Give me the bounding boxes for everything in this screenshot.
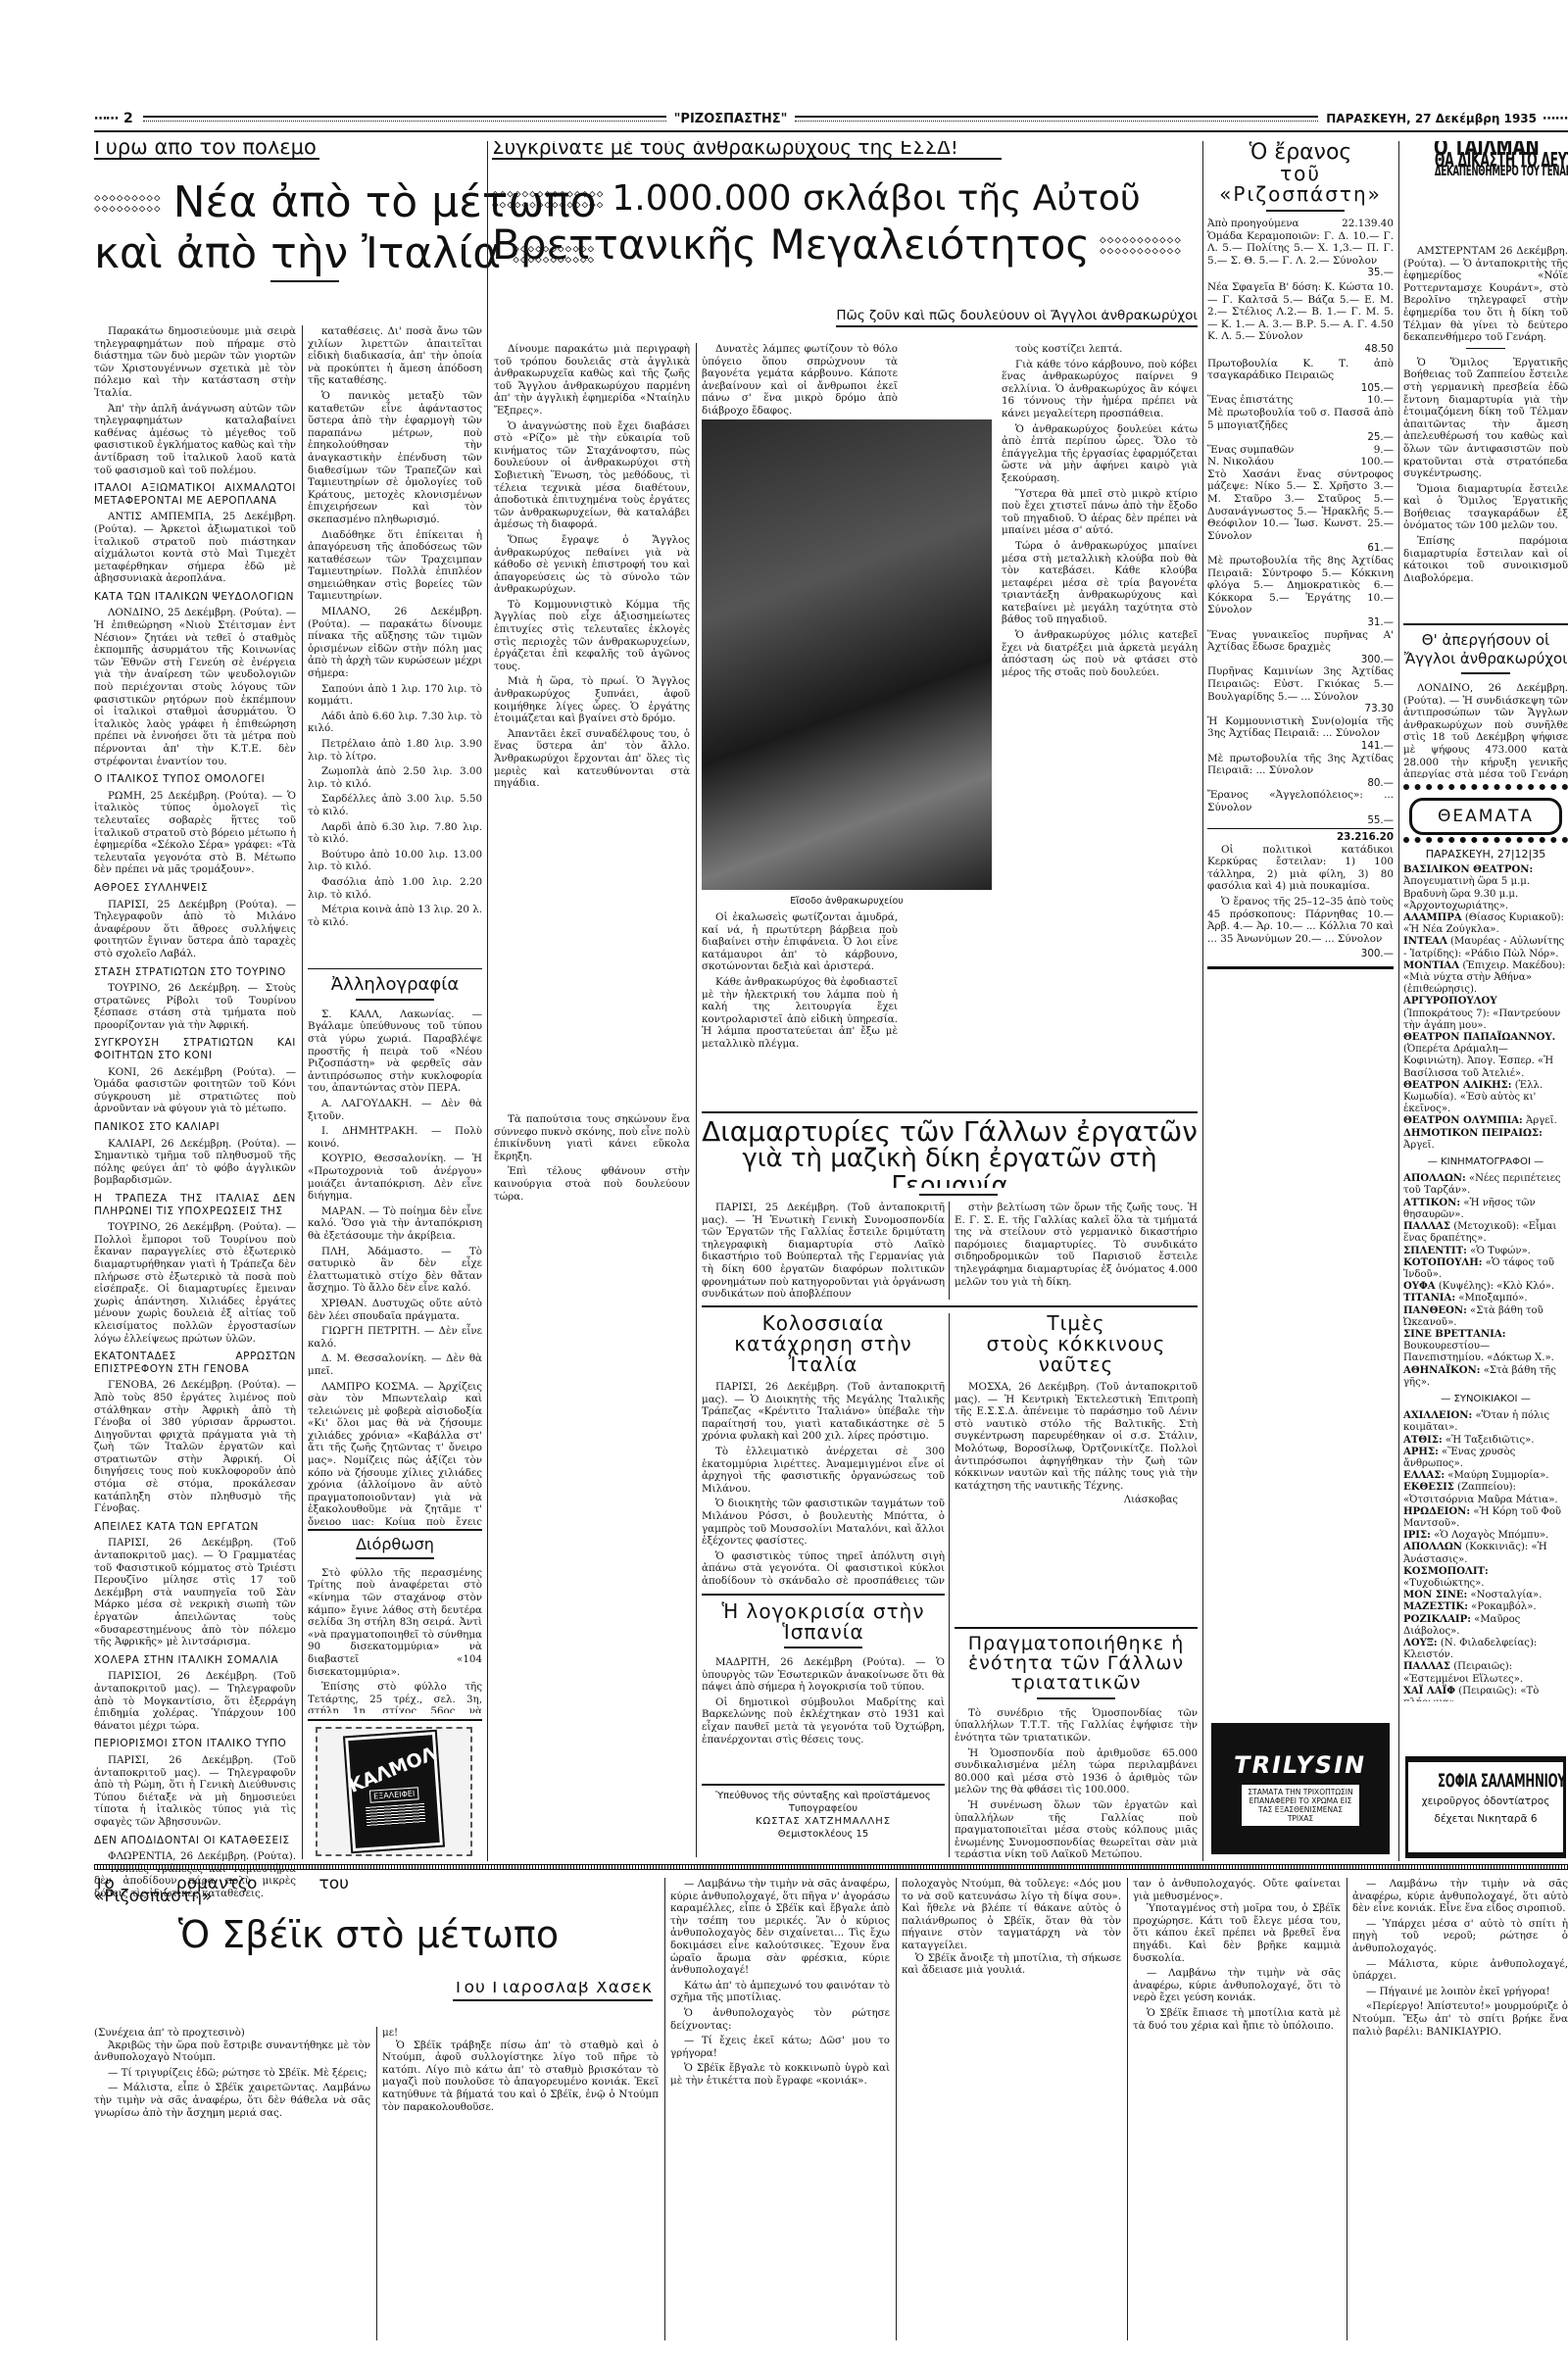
correspondence: Ἀλληλογραφία Σ. ΚΑΛΛ, Λακωνίας. — Βγάλαμ…: [308, 976, 482, 1525]
italy-embezzlement: Κολοσσιαία κατάχρηση στὴν Ἰταλία ΠΑΡΙΣΙ,…: [702, 1313, 945, 1588]
rule: [1466, 348, 1505, 349]
rule: [356, 999, 434, 1001]
item-head: ΕΚΑΤΟΝΤΑΔΕΣ ΑΡΡΩΣΤΩΝ ΕΠΙΣΤΡΕΦΟΥΝ ΣΤΗ ΓΕΝ…: [94, 1351, 296, 1375]
novel-column-2: με! Ὁ Σβέϊκ τράβηξε πίσω ἀπ' τὸ σταθμὸ κ…: [382, 2027, 659, 2340]
dentist-profession: χειροῦργος ὀδοντίατρος: [1408, 1795, 1563, 1807]
fund-entries: Ἀπὸ προηγούμενα22.139.40 Ὁμάδα Κεραμοποι…: [1207, 218, 1394, 1864]
dots-right: ⋯⋯: [1543, 112, 1568, 126]
fund-amount: 61.—: [1207, 542, 1394, 555]
rule: [356, 1557, 434, 1559]
rule: [1461, 672, 1510, 674]
section-rule: [702, 1305, 1198, 1307]
listing: ΣΙΝΕ ΒΡΕΤΤΑΝΙΑ: Βουκουρεστίου—Πανεπιστημ…: [1403, 1329, 1568, 1365]
fund-entry: Ὁμάδα Κεραμοποιῶν: Γ. Δ. 10.— Γ. Λ. 5.— …: [1207, 230, 1394, 268]
uk-strike: Θ' ἀπεργήσουν οἱ Ἄγγλοι ἀνθρακωρύχοι ΛΟΝ…: [1403, 631, 1568, 778]
novel-title: Ὁ Σβέϊκ στὸ μέτωπο: [94, 1916, 643, 1975]
column-divider: [896, 1878, 897, 2340]
cinemas-title: — ΚΙΝΗΜΑΤΟΓΡΑΦΟΙ —: [1403, 1156, 1568, 1168]
item-head: ΠΑΝΙΚΟΣ ΣΤΟ ΚΑΛΙΑΡΙ: [94, 1121, 296, 1134]
signature: Λιάσκοβας: [955, 1495, 1198, 1507]
column-divider: [1202, 141, 1203, 1861]
column-divider: [487, 141, 488, 1861]
fund-entry: Ἕνας γυναικεῖος πυρῆνας Α' Ἀχτίδας ἔδωσε…: [1207, 629, 1394, 654]
column-divider: [302, 325, 303, 1859]
listing: ΑΧΙΛΛΕΙΟΝ: «Ὅταν ἡ πόλις κοιμᾶται».: [1403, 1410, 1568, 1434]
fund-title: Ὁ ἔρανος τοῦ «Ριζοσπάστη»: [1207, 141, 1394, 210]
editor-name: ΚΩΣΤΑΣ ΧΑΤΖΗΜΑΛΛΗΣ: [702, 1815, 945, 1828]
column-divider: [1127, 1878, 1128, 2340]
listing: ΑΠΟΛΛΩΝ (Κοκκινιᾶς): «Ἡ Ἀνάστασις».: [1403, 1542, 1568, 1565]
listing: ΜΟΝ ΣΙΝΕ: «Νοσταλγία».: [1403, 1590, 1568, 1601]
listing: ΡΟΖΙΚΛΑΙΡ: «Μαῦρος Διάβολος».: [1403, 1614, 1568, 1638]
item-head: ΑΠΕΙΛΕΣ ΚΑΤΑ ΤΩΝ ΕΡΓΑΤΩΝ: [94, 1521, 296, 1534]
item-head: ΧΟΛΕΡΑ ΣΤΗΝ ΙΤΑΛΙΚΗ ΣΟΜΑΛΙΑ: [94, 1654, 296, 1667]
kalmol-fine-print: [366, 1802, 425, 1826]
french-protest-headline: Διαμαρτυρίες τῶν Γάλλων ἐργατῶν γιὰ τὴ μ…: [702, 1117, 1198, 1188]
item-head: Η ΤΡΑΠΕΖΑ ΤΗΣ ΙΤΑΛΙΑΣ ΔΕΝ ΠΛΗΡΩΝΕΙ ΤΙΣ Υ…: [94, 1193, 296, 1217]
fund-amount: 35.—: [1207, 267, 1394, 279]
fund-end-rule: [1207, 966, 1394, 969]
listing: ΤΙΤΑΝΙΑ: «Μποξαμπό».: [1403, 1293, 1568, 1304]
coal-column-2-lower: Οἱ ἐκαλωσεὶς φωτίζονται ἀμυδρά, καί νά, …: [702, 911, 898, 1107]
listing: ΕΛΛΑΣ: «Μαύρη Συμμορία».: [1403, 1470, 1568, 1482]
coal-column-3: τοὺς κοστίζει λεπτά. Γιὰ κάθε τόνο κάρβο…: [1002, 343, 1198, 1107]
section-divider-dotted: [94, 1864, 1568, 1870]
correction-title: Διόρθωση: [308, 1537, 482, 1553]
coal-kicker: Συγκρίνατε μὲ τοὺς ἀνθρακωρύχους τῆς ΕΣΣ…: [492, 141, 1002, 174]
column-divider: [949, 1313, 950, 1857]
listing: ΠΑΝΘΕΟΝ: «Στὰ βάθη τοῦ Ὠκεανοῦ».: [1403, 1305, 1568, 1329]
fund-amount: 141.—: [1207, 740, 1394, 753]
mine-entrance-photo: [702, 419, 992, 890]
fund-entry: Ν. Νικολάου100.—: [1207, 456, 1394, 468]
fund-entry: Ἀπὸ προηγούμενα22.139.40: [1207, 218, 1394, 230]
listing: ΟΥΦΑ (Κυψέλης): «Κλὸ Κλό».: [1403, 1281, 1568, 1293]
correction: Διόρθωση Στὸ φύλλο τῆς περασμένης Τρίτης…: [308, 1537, 482, 1713]
theatres-listings: ΠΑΡΑΣΚΕΥΗ, 27|12|35 ΒΑΣΙΛΙΚΟΝ ΘΕΑΤΡΟΝ: Ἀ…: [1403, 849, 1568, 1701]
fund-amount: 25.—: [1207, 431, 1394, 444]
paper-name: "ΡΙΖΟΣΠΑΣΤΗΣ": [674, 112, 788, 126]
listing: ΛΟΥΞ: (Ν. Φιλαδελφείας): Κλειστόν.: [1403, 1638, 1568, 1661]
listing: ΣΠΛΕΝΤΙΤ: «Ὁ Τυφών».: [1403, 1246, 1568, 1257]
section-rule: [702, 1594, 945, 1596]
masthead-rule: [795, 116, 1318, 122]
item-head: ΣΤΑΣΗ ΣΤΡΑΤΙΩΤΩΝ ΣΤΟ ΤΟΥΡΙΝΟ: [94, 966, 296, 979]
coal-headline: ◇◇◇◇◇◇◇◇◇◇◇◇◇◇◇◇◇◇◇◇◇◇◇◇◇◇◇◇◇◇ 1.000.000…: [492, 180, 1198, 306]
novel-kicker: Τὸ ρομάντζο τοῦ «Ριζοσπάστη»: [94, 1878, 584, 1905]
fund-entry: Ἕνας ἐπιστάτης10.—: [1207, 394, 1394, 407]
editor-imprint: Ὑπεύθυνος τῆς σύνταξης καὶ προϊστάμενος …: [702, 1790, 945, 1856]
red-sailors: Τιμὲς στοὺς κόκκινους ναῦτες ΜΟΣΧΑ, 26 Δ…: [955, 1313, 1198, 1598]
fund-entry: Οἱ πολιτικοὶ κατάδικοι Κερκύρας ἔστειλαν…: [1207, 844, 1394, 893]
listing: ΔΗΜΟΤΙΚΟΝ ΠΕΙΡΑΙΩΣ: Ἀργεῖ.: [1403, 1128, 1568, 1152]
item-head: ΚΑΤΑ ΤΩΝ ΙΤΑΛΙΚΩΝ ΨΕΥΔΟΛΟΓΙΩΝ: [94, 591, 296, 604]
item-head: ΑΘΡΟΕΣ ΣΥΛΛΗΨΕΙΣ: [94, 882, 296, 895]
coal-column-1: Δίνουμε παρακάτω μιὰ περιγραφὴ τοῦ τρόπο…: [494, 343, 690, 1107]
section-rule: [702, 1784, 945, 1786]
ornament-dots: ◇◇◇◇◇◇◇◇◇◇◇◇◇◇◇◇◇◇◇◇◇◇◇◇◇◇◇◇◇◇: [492, 188, 604, 210]
trilysin-ad: TRILYSIN ΣΤΑΜΑΤΑ ΤΗΝ ΤΡΙΧΟΠΤΩΣΙΝ ΕΠΑΝΑΦΕ…: [1211, 1723, 1390, 1854]
section-rule: [955, 1627, 1198, 1629]
total-rule: [1207, 828, 1394, 829]
fund-entry: Πρωτοβουλία Κ. Τ. ἀπὸ τσαγκαράδικο Πειρα…: [1207, 358, 1394, 382]
fund-amount: 300.—: [1207, 654, 1394, 666]
fund-entry: Πυρῆνας Καμινίων 3ης Ἀχτίδας Πειραιῶς: Ε…: [1207, 665, 1394, 703]
theatres-date: ΠΑΡΑΣΚΕΥΗ, 27|12|35: [1403, 849, 1568, 860]
listing: ΑΤΘΙΣ: «Ἡ Ταξειδιῶτις».: [1403, 1435, 1568, 1447]
thaelmann-body: ΑΜΣΤΕΡΝΤΑΜ 26 Δεκέμβρη. (Ρούτα). — Ὁ ἀντ…: [1403, 245, 1568, 617]
theatres-box: ΘΕΑΜΑΤΑ: [1403, 784, 1568, 843]
column-divider: [376, 2027, 377, 2340]
listing: ΠΑΛΛΑΣ (Πειραιῶς): «Ἐστεμμένοι Εἵλωτες».: [1403, 1661, 1568, 1685]
listing: ΕΚΘΕΣΙΣ (Ζαππείου): «Ὀτσιτσόρνια Μαῦρα Μ…: [1403, 1482, 1568, 1505]
kalmol-package: ΚΑΛΜΟΛ ΕΞΑΛΕΙΦΕΙ: [345, 1732, 443, 1851]
rule: [919, 1194, 998, 1196]
coal-column-2: Δυνατὲς λάμπες φωτίζουν τὸ θόλο ὑπόγειο …: [702, 343, 898, 416]
novel-column-5: ταν ὁ ἀνθυπολοχαγός. Οὔτε φαίνεται γιὰ μ…: [1133, 1878, 1341, 2340]
kalmol-tagline: ΕΞΑΛΕΙΦΕΙ: [369, 1787, 419, 1802]
fund-entry: Ἔρανος «Ἀγγελοπόλειος»: ... Σύνολον: [1207, 789, 1394, 813]
column-divider: [1347, 1878, 1347, 2340]
photo-caption: Εἴσοδο ἀνθρακωρυχείου: [702, 892, 992, 907]
listing: ΚΟΤΟΠΟΥΛΗ: «Ὁ τάφος τοῦ Ἰνδοῦ».: [1403, 1257, 1568, 1281]
column-divider: [949, 1202, 950, 1300]
rule: [784, 1647, 862, 1648]
editor-address: Θεμιστοκλέους 15: [702, 1828, 945, 1841]
fund-entry: Μὲ πρωτοβουλία τῆς 8ης Ἀχτίδας Πειραιᾶ: …: [1207, 555, 1394, 616]
coal-subhead: Πῶς ζοῦν καὶ πῶς δουλεύουν οἱ Ἄγγλοι ἀνθ…: [819, 310, 1198, 333]
fund-amount: 300.—: [1207, 948, 1394, 960]
suburban-title: — ΣΥΝΟΙΚΙΑΚΟΙ —: [1403, 1394, 1568, 1405]
listing: ΑΛΑΜΠΡΑ (Θίασος Κυριακοῦ): «Ἡ Νέα Ζούγκλ…: [1403, 912, 1568, 936]
dots-left: ⋯⋯: [94, 112, 118, 126]
listing: ΘΕΑΤΡΟΝ ΑΛΙΚΗΣ: (Ἑλλ. Κωμωδία). «Ἐσὺ αὐτ…: [1403, 1080, 1568, 1116]
french-protest-col1: ΠΑΡΙΣΙ, 25 Δεκέμβρη. (Τοῦ ἀνταποκριτῆ μα…: [702, 1202, 945, 1300]
dentist-ad: ΣΟΦΙΑ ΣΑΛΑΜΗΝΙΟΥ χειροῦργος ὀδοντίατρος …: [1405, 1756, 1566, 1858]
item-head: ΣΥΓΚΡΟΥΣΗ ΣΤΡΑΤΙΩΤΩΝ ΚΑΙ ΦΟΙΤΗΤΩΝ ΣΤΟ ΚΟ…: [94, 1037, 296, 1061]
issue-date: ΠΑΡΑΣΚΕΥΗ, 27 Δεκέμβρη 1935: [1326, 112, 1537, 125]
ornament-dots: ◇◇◇◇◇◇◇◇◇◇◇◇◇◇◇◇◇◇: [94, 192, 162, 214]
war-headline-line2: καὶ ἀπὸ τὴν Ἰταλία: [94, 231, 501, 276]
listing: ΑΤΤΙΚΟΝ: «Ἡ νῆσος τῶν θησαυρῶν».: [1403, 1198, 1568, 1221]
section-rule: [308, 968, 482, 969]
listing: ΘΕΑΤΡΟΝ ΠΑΠΑΪΩΑΝΝΟΥ. (Ὀπερέτα Δράμαλη—Κο…: [1403, 1032, 1568, 1080]
french-protest-col2: στὴν βελτίωση τῶν ὅρων τῆς ζωῆς τους. Ἡ …: [955, 1202, 1198, 1300]
theatres-title: ΘΕΑΜΑΤΑ: [1409, 798, 1562, 835]
rule: [270, 280, 339, 282]
column-divider: [696, 343, 697, 1857]
fund-entry: Μὲ πρωτοβουλία τοῦ σ. Πασσᾶ ἀπὸ 5 μπογια…: [1207, 407, 1394, 431]
listing: ΜΟΝΤΙΑΛ (Ἐπιχειρ. Μακέδου): «Μιὰ νύχτα σ…: [1403, 960, 1568, 997]
fund-entry: Ἕνας συμπαθῶν9.—: [1207, 444, 1394, 457]
trilysin-brand: TRILYSIN: [1232, 1751, 1369, 1779]
fund-amount: 31.—: [1207, 616, 1394, 629]
thaelmann-headline: Ὁ ΤΑΙΛΜΑΝ ΘΑ ΔΙΚΑΣΤΗ ΤΟ ΔΕΥΤΕΡΟ ΔΕΚΑΠΕΝΘ…: [1403, 141, 1568, 239]
coal-headline-line1: 1.000.000 σκλάβοι τῆς Αὐτοῦ: [612, 180, 1140, 218]
coal-column-1-lower: Τὰ παπούτσια τους σηκώνουν ἕνα σύννεφο π…: [494, 1113, 690, 1858]
novel-column-3: — Λαμβάνω τὴν τιμὴν νὰ σᾶς ἀναφέρω, κύρι…: [670, 1878, 890, 2340]
listing: ΗΡΩΔΕΙΟΝ: «Ἡ Κόρη τοῦ Φοῦ Μαντσοῦ».: [1403, 1506, 1568, 1530]
kalmol-ad: ΚΑΛΜΟΛ ΕΞΑΛΕΙΦΕΙ: [316, 1727, 472, 1856]
rule: [1266, 210, 1345, 212]
fund-entry: Μὲ πρωτοβουλία τῆς 3ης Ἀχτίδας Πειραιᾶ: …: [1207, 753, 1394, 777]
fund-entry: Νέα Σφαγεῖα Β' δόση: Κ. Κώστα 10.— Γ. Κα…: [1207, 281, 1394, 343]
listing: ΑΡΗΣ: «Ἕνας χρυσὸς ἄνθρωπος».: [1403, 1447, 1568, 1470]
listing: ΒΑΣΙΛΙΚΟΝ ΘΕΑΤΡΟΝ: Ἀπογευματινὴ ὥρα 5 μ.…: [1403, 864, 1568, 912]
section-rule: [1403, 623, 1568, 625]
masthead: ⋯⋯ 2 "ΡΙΖΟΣΠΑΣΤΗΣ" ΠΑΡΑΣΚΕΥΗ, 27 Δεκέμβρ…: [94, 108, 1568, 129]
dentist-address: δέχεται Νικηταρᾶ 6: [1408, 1813, 1563, 1825]
listing: ΑΠΟΛΛΩΝ: «Νέες περιπέτειες τοῦ Ταρζάν».: [1403, 1173, 1568, 1197]
novel-author: Τοῦ Γιαροσλὰβ Χάσεκ: [388, 1982, 653, 2009]
section-rule: [308, 1529, 482, 1531]
ornament-dots: ◇◇◇◇◇◇◇◇◇◇◇◇◇◇◇◇◇◇◇◇◇◇: [1100, 234, 1182, 256]
coal-headline-line2: Βρεττανικῆς Μεγαλειότητος: [492, 223, 1090, 267]
column-divider: [1398, 141, 1399, 1861]
listing: ΙΝΤΕΑΛ (Μαυρέας - Αὐλωνίτης - Ἰατρίδης):…: [1403, 936, 1568, 959]
item-head: ΔΕΝ ΑΠΟΔΙΔΟΝΤΑΙ ΟΙ ΚΑΤΑΘΕΣΕΙΣ: [94, 1835, 296, 1847]
rule: [1037, 1697, 1115, 1699]
listing: ΑΘΗΝΑΪΚΟΝ: «Στὰ βάθη τῆς γῆς».: [1403, 1365, 1568, 1389]
section-rule: [308, 1719, 482, 1721]
fund-amount: 55.—: [1207, 814, 1394, 827]
trilysin-text: ΣΤΑΜΑΤΑ ΤΗΝ ΤΡΙΧΟΠΤΩΣΙΝ ΕΠΑΝΑΦΕΡΕΙ ΤΟ ΧΡ…: [1242, 1785, 1359, 1826]
column-divider: [664, 1878, 665, 2340]
fund-entry: Ὁ ἔρανος τῆς 25–12–35 ἀπὸ τοὺς 45 πρόσκο…: [1207, 896, 1394, 945]
fund-amount: 48.50: [1207, 343, 1394, 356]
novel-column-6: — Λαμβάνω τὴν τιμὴν νὰ σᾶς ἀναφέρω, κύρι…: [1352, 1878, 1568, 2340]
item-head: Ο ΙΤΑΛΙΚΟΣ ΤΥΠΟΣ ΟΜΟΛΟΓΕΙ: [94, 773, 296, 786]
fund-amount: 80.—: [1207, 777, 1394, 790]
item-head: ΠΕΡΙΟΡΙΣΜΟΙ ΣΤΟΝ ΙΤΑΛΙΚΟ ΤΥΠΟ: [94, 1738, 296, 1750]
novel-column-1: (Συνέχεια ἀπ' τὸ προχτεσινὸ) Ἀκριβῶς τὴν…: [94, 2027, 370, 2340]
novel-column-4: πολοχαγὸς Ντούμπ, θὰ τοὔλεγε: «Δός μου τ…: [902, 1878, 1121, 2340]
correspondence-title: Ἀλληλογραφία: [308, 976, 482, 995]
listing: ΜΑΖΕΣΤΙΚ: «Ροκαμβόλ».: [1403, 1601, 1568, 1613]
item-head: ΙΤΑΛΟΙ ΑΞΙΩΜΑΤΙΚΟΙ ΑΙΧΜΑΛΩΤΟΙ ΜΕΤΑΦΕΡΟΝΤ…: [94, 482, 296, 507]
fund-amount: 105.—: [1207, 382, 1394, 395]
war-column-2: καταθέσεις. Δι' ποσὰ ἄνω τῶν χιλίων λιρε…: [308, 325, 482, 962]
newspaper-page: ⋯⋯ 2 "ΡΙΖΟΣΠΑΣΤΗΣ" ΠΑΡΑΣΚΕΥΗ, 27 Δεκέμβρ…: [94, 108, 1568, 2342]
listing: ΙΡΙΣ: «Ὁ Λοχαγὸς Μπόμπυ».: [1403, 1530, 1568, 1542]
dentist-name: ΣΟΦΙΑ ΣΑΛΑΜΗΝΙΟΥ: [1438, 1770, 1534, 1792]
listing: ΧΑΪ ΛΑΪΦ (Πειραιῶς): «Τὸ πλήρωμα».: [1403, 1686, 1568, 1701]
listing: ΑΡΓΥΡΟΠΟΥΛΟΥ (Ἱπποκράτους 7): «Παντρεύου…: [1403, 996, 1568, 1032]
listing: ΚΟΣΜΟΠΟΛΙΤ: «Τυχοδιώκτης».: [1403, 1566, 1568, 1590]
listing: ΠΑΛΛΑΣ (Μετοχικοῦ): «Εἶμαι ἕνας δραπέτης…: [1403, 1221, 1568, 1245]
listing: ΘΕΑΤΡΟΝ ΟΛΥΜΠΙΑ: Ἀργεῖ.: [1403, 1115, 1568, 1127]
fund-amount: 73.30: [1207, 703, 1394, 715]
section-rule: [702, 1111, 1198, 1113]
fund-entry: Στὸ Χασάνι ἕνας σύντροφος μάζεψε: Νίκο 5…: [1207, 468, 1394, 543]
war-kicker: Γύρω ἀπὸ τὸν πόλεμο: [94, 141, 319, 174]
fund-entry: Ἡ Κομμουνιστικὴ Συν(ο)ομία τῆς 3ης Ἀχτίδ…: [1207, 715, 1394, 740]
masthead-rule: [143, 116, 666, 122]
fund-grand-total: 23.216.20: [1207, 831, 1394, 844]
spain-censorship: Ἡ λογοκρισία στὴν Ἱσπανία ΜΑΔΡΙΤΗ, 26 Δε…: [702, 1601, 945, 1778]
french-unity: Πραγματοποιήθηκε ἡ ἑνότητα τῶν Γάλλων τρ…: [955, 1635, 1198, 1858]
page-number: 2: [123, 111, 135, 126]
masthead-underline: [94, 130, 1568, 132]
